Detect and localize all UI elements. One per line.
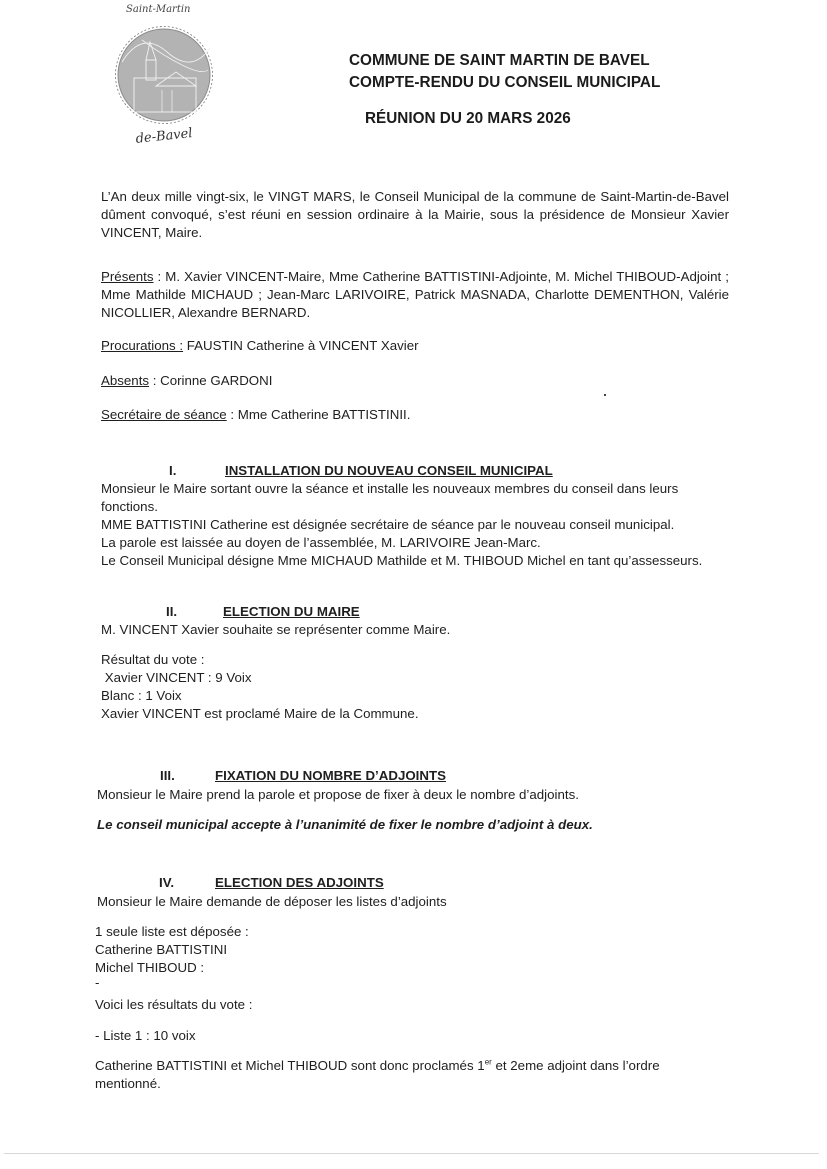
section-3-title: FIXATION DU NOMBRE D’ADJOINTS — [215, 767, 446, 785]
vote-line: Blanc : 1 Voix — [101, 687, 729, 705]
section-2-intro: M. VINCENT Xavier souhaite se représente… — [101, 621, 729, 639]
list-member: Catherine BATTISTINI — [95, 941, 723, 959]
list-label: 1 seule liste est déposée : — [95, 923, 723, 941]
procurations-text: FAUSTIN Catherine à VINCENT Xavier — [183, 338, 418, 353]
section-4-title: ELECTION DES ADJOINTS — [215, 874, 384, 892]
scan-edge-line — [4, 1153, 819, 1154]
vote-line: Xavier VINCENT : 9 Voix — [101, 669, 729, 687]
section-3-intro: Monsieur le Maire prend la parole et pro… — [97, 786, 725, 804]
section-1-number: I. — [169, 462, 176, 480]
section-3-number: III. — [160, 767, 175, 785]
absents-text: : Corinne GARDONI — [149, 373, 272, 388]
absents-label: Absents — [101, 373, 149, 388]
section-3-decision: Le conseil municipal accepte à l’unanimi… — [97, 816, 725, 834]
section-4-intro: Monsieur le Maire demande de déposer les… — [97, 893, 725, 911]
commune-logo: Saint-Martin de-Bavel — [112, 0, 216, 150]
section-1-line: MME BATTISTINI Catherine est désignée se… — [101, 516, 729, 534]
section-4-number: IV. — [159, 874, 174, 892]
meeting-date: RÉUNION DU 20 MARS 2026 — [365, 108, 571, 130]
presents-paragraph: Présents : M. Xavier VINCENT-Maire, Mme … — [101, 268, 729, 322]
presents-list: : M. Xavier VINCENT-Maire, Mme Catherine… — [101, 269, 729, 320]
section-4-vote-label: Voici les résultats du vote : — [95, 996, 723, 1014]
section-4-result: Catherine BATTISTINI et Michel THIBOUD s… — [95, 1057, 695, 1093]
secretaire-label: Secrétaire de séance — [101, 407, 227, 422]
section-2-number: II. — [166, 603, 177, 621]
section-1-line: Le Conseil Municipal désigne Mme MICHAUD… — [101, 552, 729, 570]
secretaire-text: : Mme Catherine BATTISTINII. — [227, 407, 411, 422]
list-member: Michel THIBOUD : — [95, 959, 723, 977]
document-header: COMMUNE DE SAINT MARTIN DE BAVEL COMPTE-… — [349, 50, 660, 94]
section-1-title: INSTALLATION DU NOUVEAU CONSEIL MUNICIPA… — [225, 462, 553, 480]
church-emblem-icon: Saint-Martin de-Bavel — [112, 0, 216, 150]
secretaire-line: Secrétaire de séance : Mme Catherine BAT… — [101, 406, 729, 424]
result-superscript: er — [485, 1058, 492, 1067]
scan-speck — [604, 394, 606, 396]
section-4-vote-result: - Liste 1 : 10 voix — [95, 1027, 723, 1045]
section-1-line: Monsieur le Maire sortant ouvre la séanc… — [101, 480, 729, 516]
document-title: COMPTE-RENDU DU CONSEIL MUNICIPAL — [349, 72, 660, 94]
list-member: - — [95, 977, 723, 989]
absents-line: Absents : Corinne GARDONI — [101, 372, 729, 390]
procurations-line: Procurations : FAUSTIN Catherine à VINCE… — [101, 337, 729, 355]
section-4-list: 1 seule liste est déposée : Catherine BA… — [95, 923, 723, 989]
intro-paragraph: L’An deux mille vingt-six, le VINGT MARS… — [101, 188, 729, 242]
vote-label: Résultat du vote : — [101, 651, 729, 669]
result-text: Catherine BATTISTINI et Michel THIBOUD s… — [95, 1058, 485, 1073]
vote-result: Xavier VINCENT est proclamé Maire de la … — [101, 705, 729, 723]
section-2-vote: Résultat du vote : Xavier VINCENT : 9 Vo… — [101, 651, 729, 723]
section-2-title: ELECTION DU MAIRE — [223, 603, 360, 621]
presents-label: Présents — [101, 269, 153, 284]
procurations-label: Procurations : — [101, 338, 183, 353]
document-page: Saint-Martin de-Bavel COMMUNE DE SAINT M… — [0, 0, 827, 1169]
commune-name: COMMUNE DE SAINT MARTIN DE BAVEL — [349, 50, 660, 72]
section-1-line: La parole est laissée au doyen de l’asse… — [101, 534, 729, 552]
section-1-body: Monsieur le Maire sortant ouvre la séanc… — [101, 480, 729, 570]
logo-top-text: Saint-Martin — [126, 4, 191, 15]
logo-bottom-text: de-Bavel — [135, 126, 193, 147]
